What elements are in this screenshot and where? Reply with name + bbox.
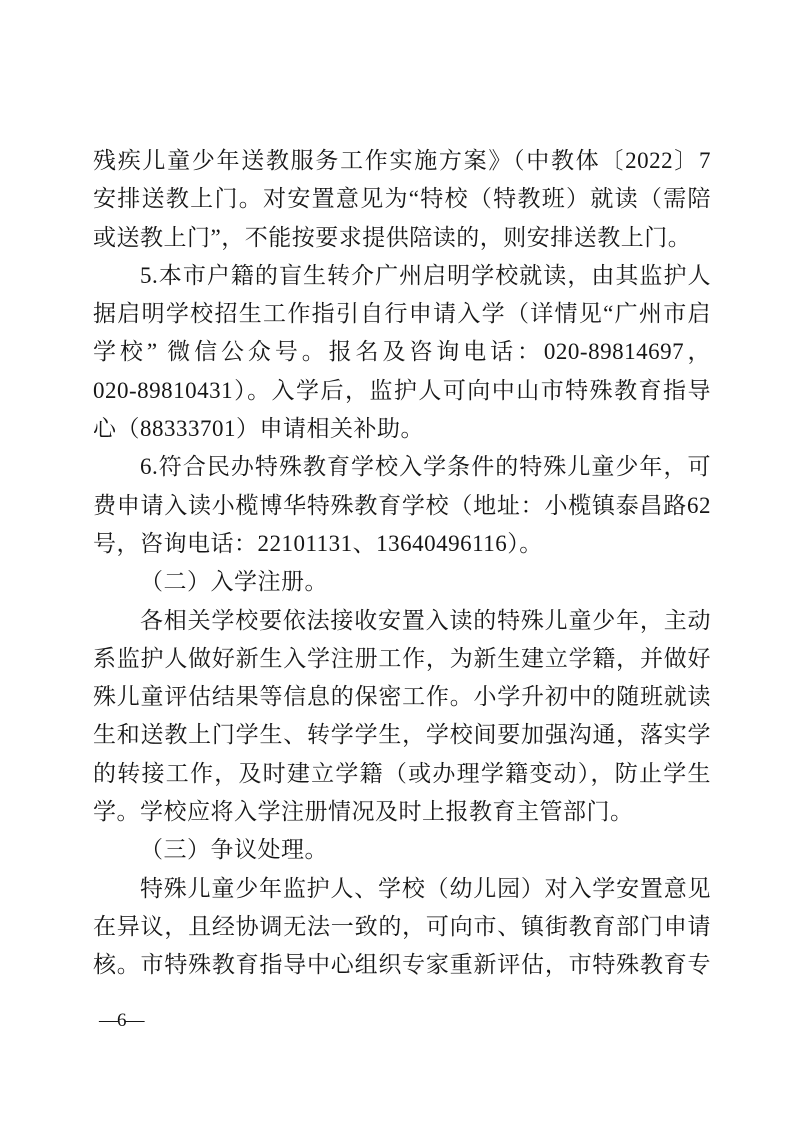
doc-line: 学。学校应将入学注册情况及时上报教育主管部门。 [93,793,711,831]
page-number: —6— [99,1008,144,1034]
section-heading-dispute: （三）争议处理。 [93,831,711,869]
doc-line: 特殊儿童少年监护人、学校（幼儿园）对入学安置意见存 [93,870,711,908]
doc-line: 系监护人做好新生入学注册工作，为新生建立学籍，并做好特 [93,640,711,678]
doc-line: 核。市特殊教育指导中心组织专家重新评估，市特殊教育专家 [93,946,711,984]
doc-line: 费申请入读小榄博华特殊教育学校（地址：小榄镇泰昌路62 [93,487,711,525]
document-page: 残疾儿童少年送教服务工作实施方案》（中教体〔2022〕7号） 安排送教上门。对安… [0,0,800,1131]
doc-line: 020-89810431）。入学后，监护人可向中山市特殊教育指导中 [93,372,711,410]
doc-line: 各相关学校要依法接收安置入读的特殊儿童少年，主动联 [93,602,711,640]
doc-line: 生和送教上门学生、转学学生，学校间要加强沟通，落实学生 [93,716,711,754]
doc-line: 殊儿童评估结果等信息的保密工作。小学升初中的随班就读学 [93,678,711,716]
doc-line: 或送教上门”，不能按要求提供陪读的，则安排送教上门。 [93,219,711,257]
document-text-block: 残疾儿童少年送教服务工作实施方案》（中教体〔2022〕7号） 安排送教上门。对安… [93,142,711,985]
doc-line-item-6: 6.符合民办特殊教育学校入学条件的特殊儿童少年，可自 [93,448,711,486]
doc-line: 据启明学校招生工作指引自行申请入学（详情见“广州市启明 [93,295,711,333]
doc-line: 在异议，且经协调无法一致的，可向市、镇街教育部门申请复 [93,908,711,946]
doc-line-item-5: 5.本市户籍的盲生转介广州启明学校就读，由其监护人根 [93,257,711,295]
doc-line: 安排送教上门。对安置意见为“特校（特教班）就读（需陪读） [93,180,711,218]
doc-line: 的转接工作，及时建立学籍（或办理学籍变动），防止学生辍 [93,755,711,793]
doc-line: 心（88333701）申请相关补助。 [93,410,711,448]
doc-line: 残疾儿童少年送教服务工作实施方案》（中教体〔2022〕7号） [93,142,711,180]
doc-line: 号，咨询电话：22101131、13640496116）。 [93,525,711,563]
section-heading-registration: （二）入学注册。 [93,563,711,601]
doc-line: 学校” 微信公众号。报名及咨询电话：020-89814697， [93,333,711,371]
